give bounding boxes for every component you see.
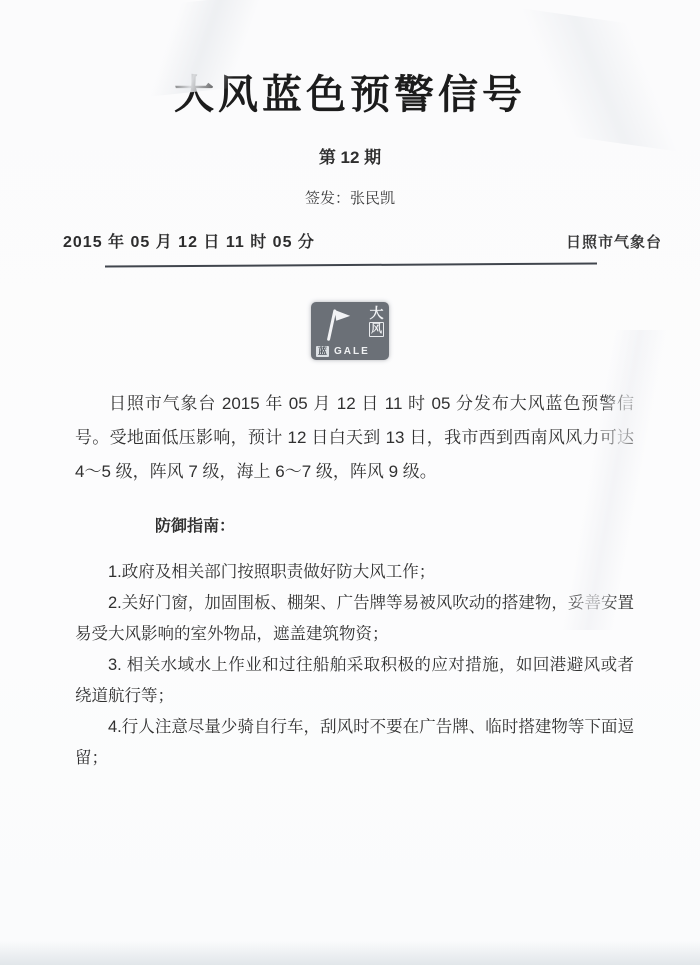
level-blue-badge: 蓝 <box>316 346 329 357</box>
warning-icon-level-row: 蓝 GALE <box>316 345 384 357</box>
guide-item-1: 1.政府及相关部门按照职责做好防大风工作； <box>75 557 634 588</box>
defense-guide-heading: 防御指南： <box>155 517 700 537</box>
issuer-line: 签发：张民凯 <box>0 190 700 208</box>
guide-item-4: 4.行人注意尽量少骑自行车，刮风时不要在广告牌、临时搭建物等下面逗留； <box>75 712 634 774</box>
warning-body-paragraph: 日照市气象台 2015 年 05 月 12 日 11 时 05 分发布大风蓝色预… <box>75 387 634 489</box>
warning-icon-upper: 大 风 <box>316 306 384 345</box>
guide-item-3: 3. 相关水域水上作业和过往船舶采取积极的应对措施，如回港避风或者绕道航行等； <box>75 650 634 712</box>
level-gale-label: GALE <box>334 346 370 357</box>
guide-item-2: 2.关好门窗，加固围板、棚架、广告牌等易被风吹动的搭建物，妥善安置易受大风影响的… <box>75 588 634 650</box>
wind-flag-icon <box>316 306 356 343</box>
scanned-document-page: 大风蓝色预警信号 第 12 期 签发：张民凯 2015 年 05 月 12 日 … <box>0 0 700 965</box>
issuing-agency: 日照市气象台 <box>566 231 662 252</box>
issue-number: 第 12 期 <box>0 148 700 168</box>
icon-char-feng: 风 <box>369 322 384 337</box>
document-title: 大风蓝色预警信号 <box>0 0 700 118</box>
icon-char-da: 大 <box>370 306 384 321</box>
gale-blue-warning-icon: 大 风 蓝 GALE <box>311 302 389 360</box>
meta-row: 2015 年 05 月 12 日 11 时 05 分 日照市气象台 <box>0 229 700 252</box>
issue-datetime: 2015 年 05 月 12 日 11 时 05 分 <box>63 229 315 252</box>
header-divider-line <box>105 262 597 267</box>
defense-guide-list: 1.政府及相关部门按照职责做好防大风工作； 2.关好门窗，加固围板、棚架、广告牌… <box>75 557 634 774</box>
warning-icon-characters: 大 风 <box>369 306 384 337</box>
